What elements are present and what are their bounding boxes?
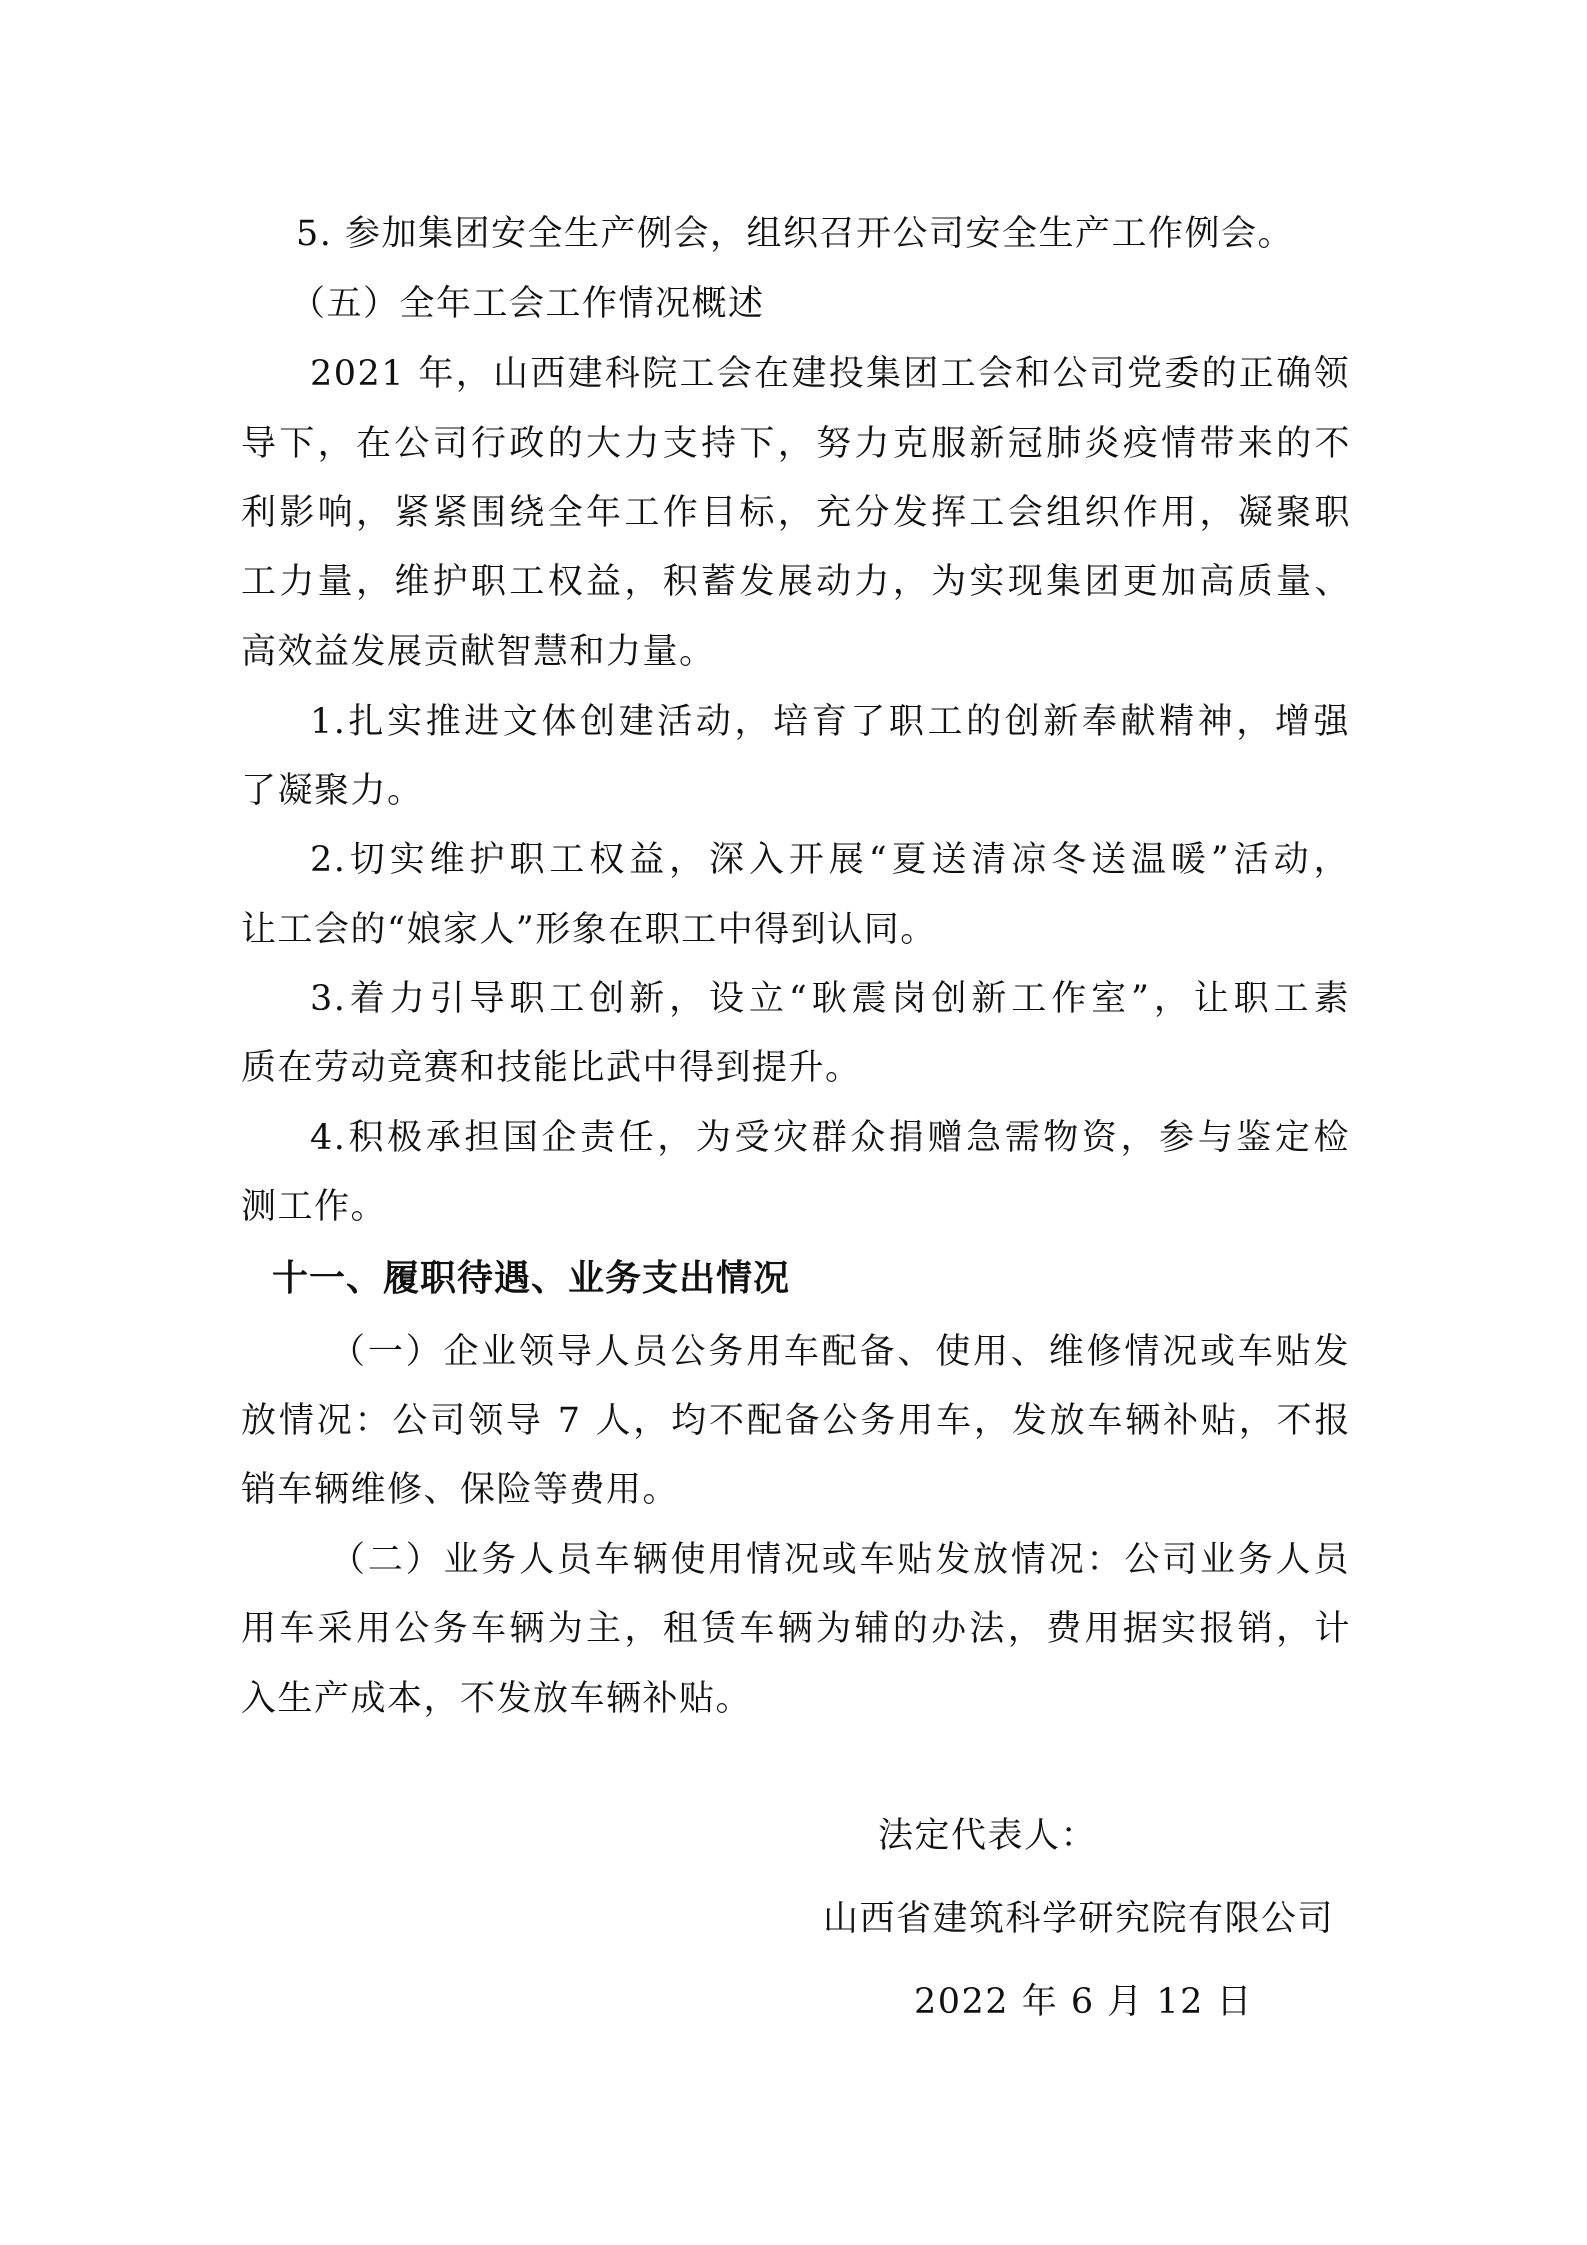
point-4-line: 4.积极承担国企责任，为受灾群众捐赠急需物资，参与鉴定检 <box>310 1118 1350 1158</box>
sub-2-line: （二）业务人员车辆使用情况或车贴发放情况：公司业务人员 <box>330 1540 1350 1580</box>
summary-line: 高效益发展贡献智慧和力量。 <box>241 632 716 672</box>
sub-1-line: （一）企业领导人员公务用车配备、使用、维修情况或车贴发 <box>330 1332 1350 1372</box>
point-4-line: 测工作。 <box>241 1187 387 1227</box>
point-2-line: 2.切实维护职工权益，深入开展“夏送清凉冬送温暖”活动， <box>310 840 1350 880</box>
point-2-line: 让工会的“娘家人”形象在职工中得到认同。 <box>241 910 937 950</box>
company-name: 山西省建筑科学研究院有限公司 <box>823 1899 1334 1939</box>
sub-2-line: 入生产成本，不发放车辆补贴。 <box>241 1679 752 1719</box>
item-5-text: 5. 参加集团安全生产例会，组织召开公司安全生产工作例会。 <box>296 214 1294 254</box>
point-1-line: 了凝聚力。 <box>241 771 424 811</box>
sub-1-line: 销车辆维修、保险等费用。 <box>241 1470 679 1510</box>
point-3-line: 质在劳动竞赛和技能比武中得到提升。 <box>241 1048 862 1088</box>
section-5-title: （五）全年工会工作情况概述 <box>290 284 765 324</box>
summary-line: 2021 年，山西建科院工会在建投集团工会和公司党委的正确领 <box>310 354 1350 394</box>
sub-1-line: 放情况：公司领导 7 人，均不配备公务用车，发放车辆补贴，不报 <box>241 1401 1351 1441</box>
summary-line: 工力量，维护职工权益，积蓄发展动力，为实现集团更加高质量、 <box>241 562 1351 602</box>
summary-line: 利影响，紧紧围绕全年工作目标，充分发挥工会组织作用，凝聚职 <box>241 493 1351 533</box>
summary-line: 导下，在公司行政的大力支持下，努力克服新冠肺炎疫情带来的不 <box>241 424 1351 464</box>
chapter-11-heading: 十一、履职待遇、业务支出情况 <box>272 1259 790 1299</box>
legal-representative-label: 法定代表人： <box>878 1816 1097 1856</box>
point-3-line: 3.着力引导职工创新，设立“耿震岗创新工作室”，让职工素 <box>310 979 1350 1019</box>
signature-date: 2022 年 6 月 12 日 <box>914 1982 1253 2022</box>
sub-2-line: 用车采用公务车辆为主，租赁车辆为辅的办法，费用据实报销，计 <box>241 1609 1351 1649</box>
point-1-line: 1.扎实推进文体创建活动，培育了职工的创新奉献精神，增强 <box>310 702 1350 742</box>
